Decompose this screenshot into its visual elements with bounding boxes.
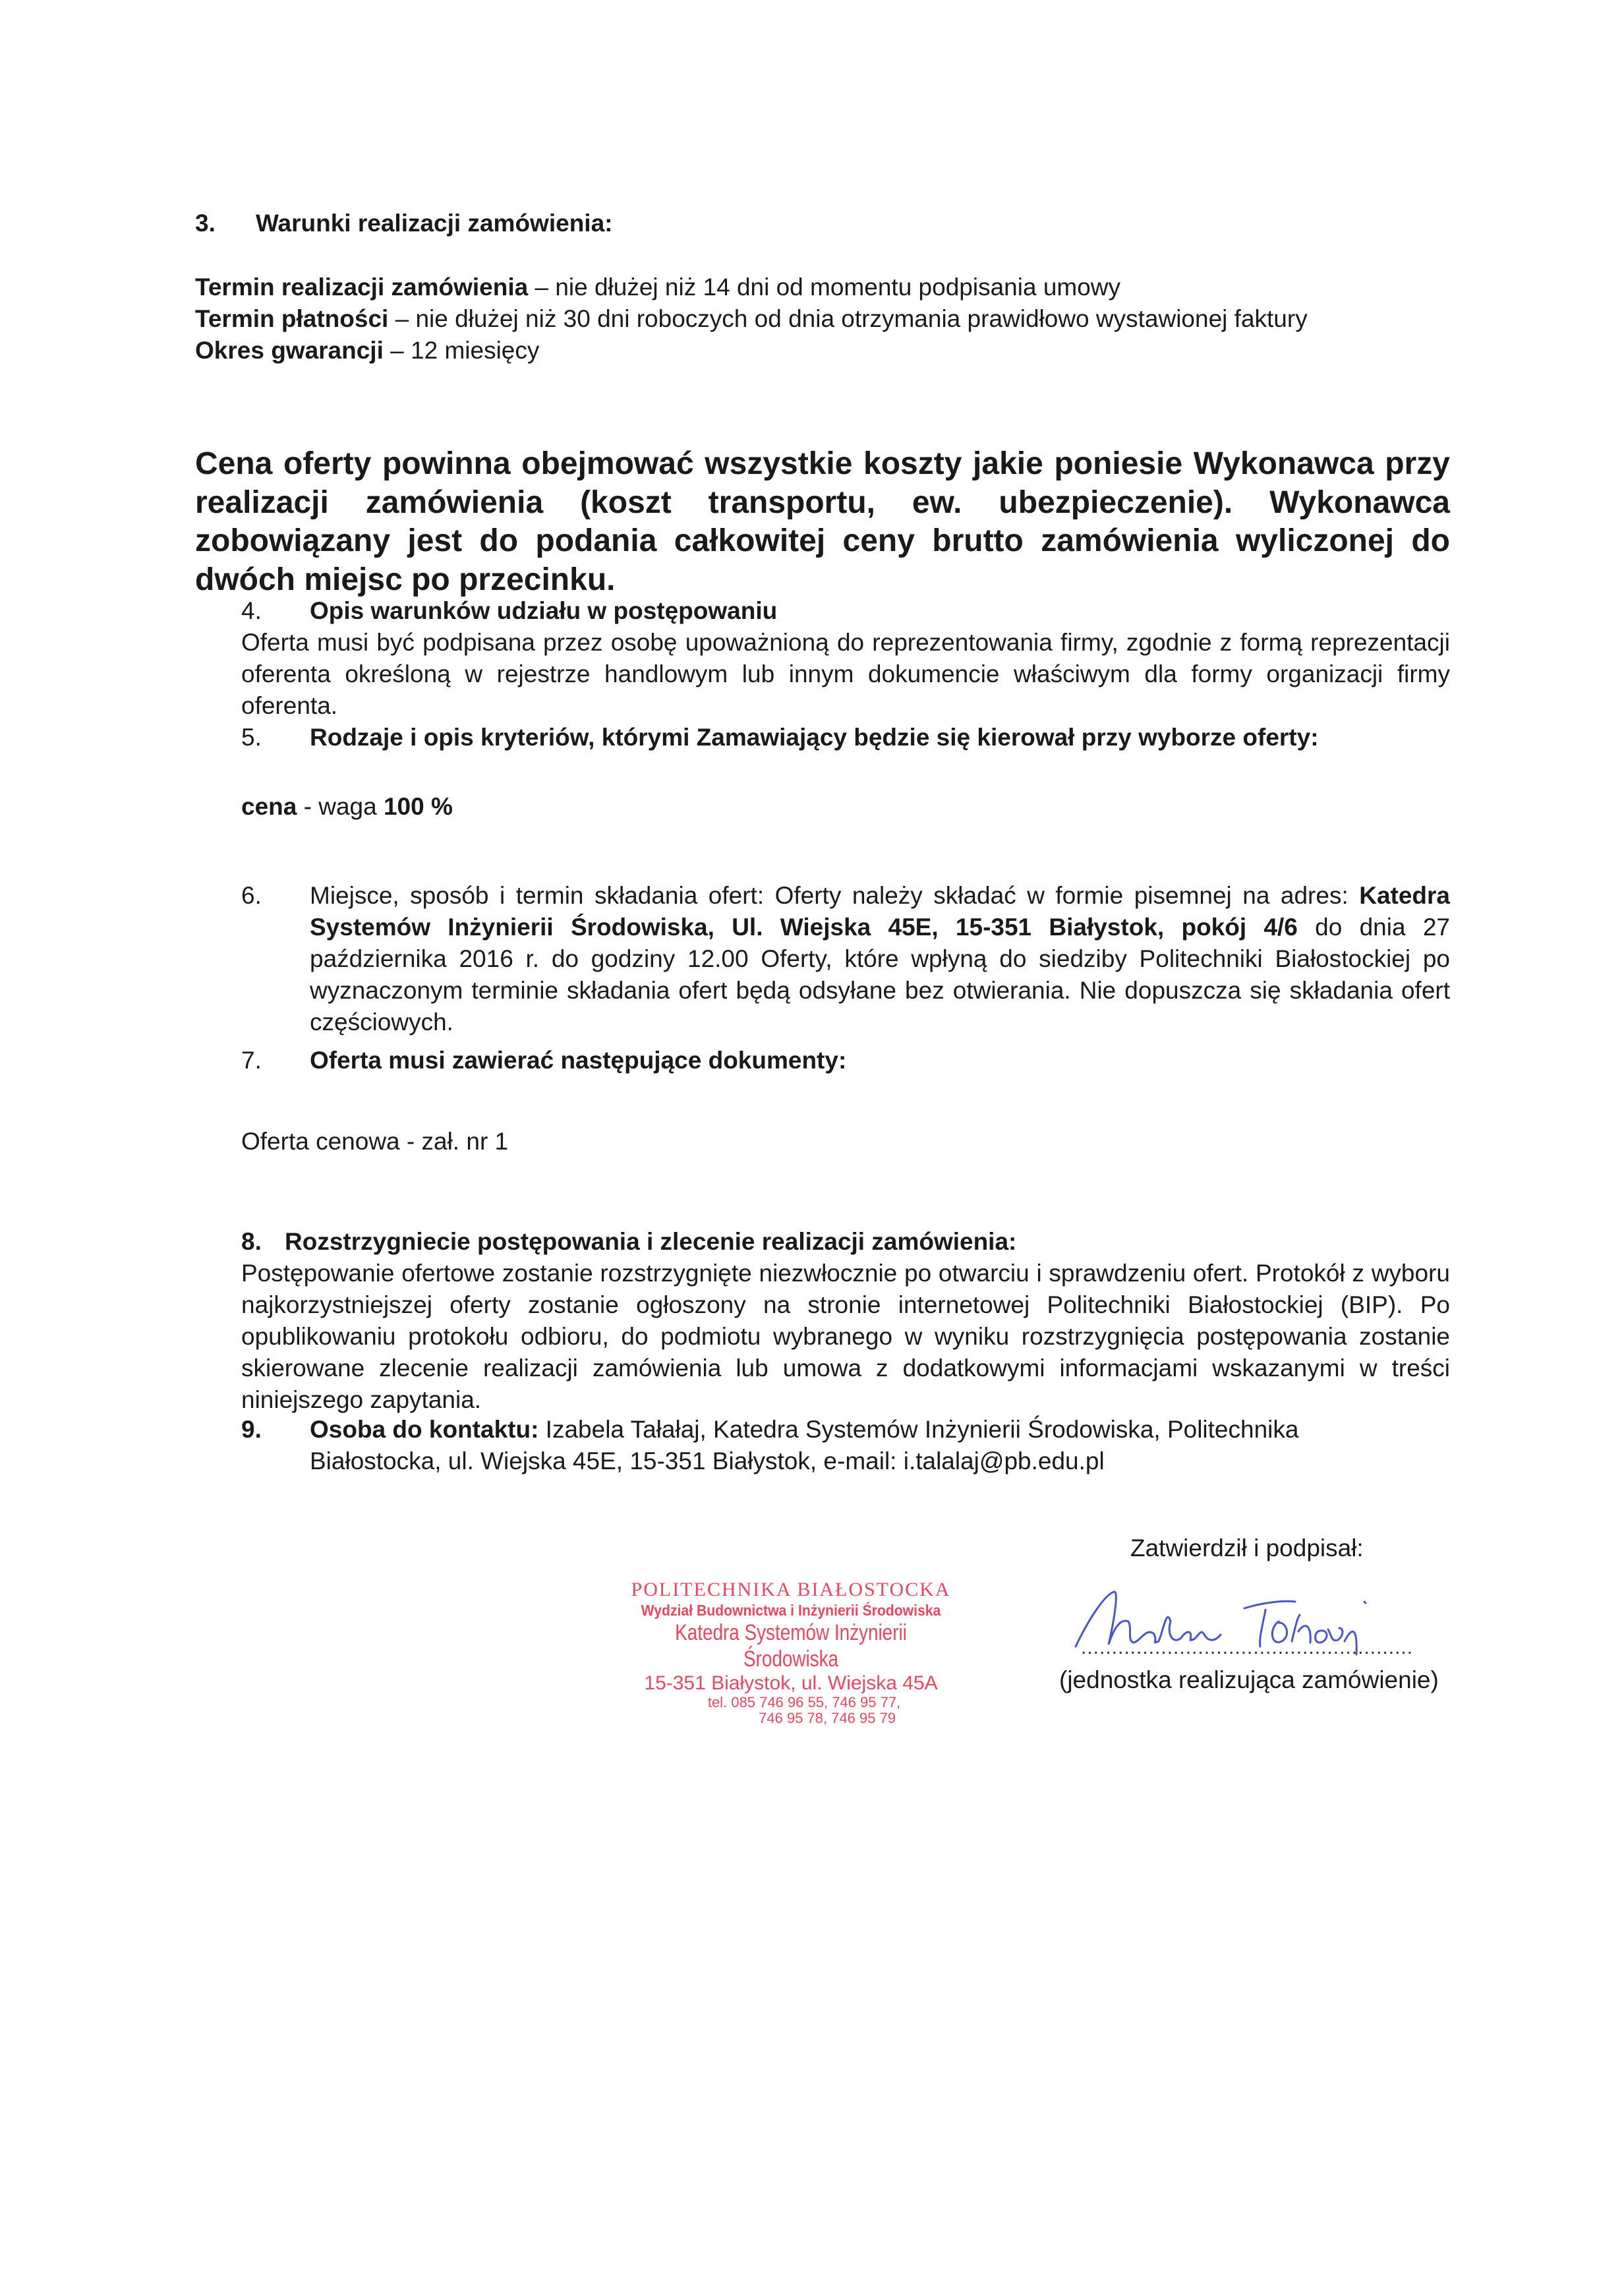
stamp-line: 746 95 78, 746 95 79 (606, 1710, 975, 1726)
criterion-label: cena (241, 793, 297, 820)
section-4-heading: 4.Opis warunków udziału w postępowaniu (241, 595, 1450, 627)
term-line: Okres gwarancji – 12 miesięcy (195, 335, 1308, 366)
section-9: 9. Osoba do kontaktu: Izabela Tałałaj, K… (241, 1414, 1428, 1477)
section-8-heading: 8.Rozstrzygniecie postępowania i zleceni… (241, 1226, 1450, 1258)
section-number: 6. (241, 880, 310, 1038)
section-number: 4. (241, 595, 310, 627)
section-9-body: Osoba do kontaktu: Izabela Tałałaj, Kate… (310, 1414, 1428, 1477)
signature-caption: (jednostka realizująca zamówienie) (1059, 1664, 1439, 1696)
term-line: Termin płatności – nie dłużej niż 30 dni… (195, 303, 1308, 335)
signature: ........................................… (1068, 1582, 1463, 1661)
section-number: 3. (195, 208, 256, 239)
section-number: 7. (241, 1045, 310, 1076)
section-title: Opis warunków udziału w postępowaniu (310, 597, 777, 624)
term-label: Termin realizacji zamówienia (195, 274, 528, 301)
signature-dotted-line: ........................................… (1081, 1635, 1413, 1660)
term-value: – nie dłużej niż 30 dni roboczych od dni… (388, 305, 1307, 332)
section-4-body: Oferta musi być podpisana przez osobę up… (241, 627, 1450, 722)
section-8: 8.Rozstrzygniecie postępowania i zleceni… (241, 1226, 1450, 1416)
criterion-weight: 100 % (384, 793, 453, 820)
section-number: 9. (241, 1414, 310, 1477)
section-3-terms: Termin realizacji zamówienia – nie dłuże… (195, 272, 1308, 366)
term-value: – nie dłużej niż 14 dni od momentu podpi… (528, 274, 1120, 301)
criterion-line: cena - waga 100 % (241, 791, 453, 823)
section-title: Warunki realizacji zamówienia: (256, 210, 612, 237)
section-number: 5. (241, 722, 310, 753)
price-note: Cena oferty powinna obejmować wszystkie … (195, 445, 1450, 599)
stamp-line: POLITECHNIKA BIAŁOSTOCKA (606, 1579, 975, 1601)
criterion-sep: - waga (297, 793, 384, 820)
section-number: 8. (241, 1226, 285, 1258)
approved-label: Zatwierdził i podpisał: (1130, 1533, 1364, 1564)
term-value: – 12 miesięcy (384, 337, 540, 364)
stamp-line: 15-351 Białystok, ul. Wiejska 45A (606, 1672, 975, 1695)
term-line: Termin realizacji zamówienia – nie dłuże… (195, 272, 1308, 303)
section-title: Oferta musi zawierać następujące dokumen… (310, 1047, 846, 1074)
section-4: 4.Opis warunków udziału w postępowaniu O… (241, 595, 1450, 722)
section-5-heading: 5.Rodzaje i opis kryteriów, którymi Zama… (241, 722, 1319, 753)
section-title: Rodzaje i opis kryteriów, którymi Zamawi… (310, 724, 1319, 751)
contact-label: Osoba do kontaktu: (310, 1416, 538, 1443)
section-6-lead: Miejsce, sposób i termin składania ofert… (310, 882, 1359, 909)
term-label: Termin płatności (195, 305, 388, 332)
term-label: Okres gwarancji (195, 337, 384, 364)
section-7-item: Oferta cenowa - zał. nr 1 (241, 1126, 508, 1157)
section-8-body: Postępowanie ofertowe zostanie rozstrzyg… (241, 1258, 1450, 1416)
stamp-line: Wydział Budownictwa i Inżynierii Środowi… (621, 1601, 960, 1620)
section-6-body: Miejsce, sposób i termin składania ofert… (310, 880, 1450, 1038)
stamp-line: tel. 085 746 96 55, 746 95 77, (606, 1695, 975, 1710)
section-title: Rozstrzygniecie postępowania i zlecenie … (285, 1228, 1016, 1255)
stamp-line: Katedra Systemów Inżynierii Środowiska (639, 1620, 942, 1672)
institution-stamp: POLITECHNIKA BIAŁOSTOCKA Wydział Budowni… (606, 1579, 975, 1726)
section-3-heading: 3.Warunki realizacji zamówienia: (195, 208, 612, 239)
section-7-heading: 7.Oferta musi zawierać następujące dokum… (241, 1045, 846, 1076)
section-6: 6. Miejsce, sposób i termin składania of… (241, 880, 1450, 1038)
